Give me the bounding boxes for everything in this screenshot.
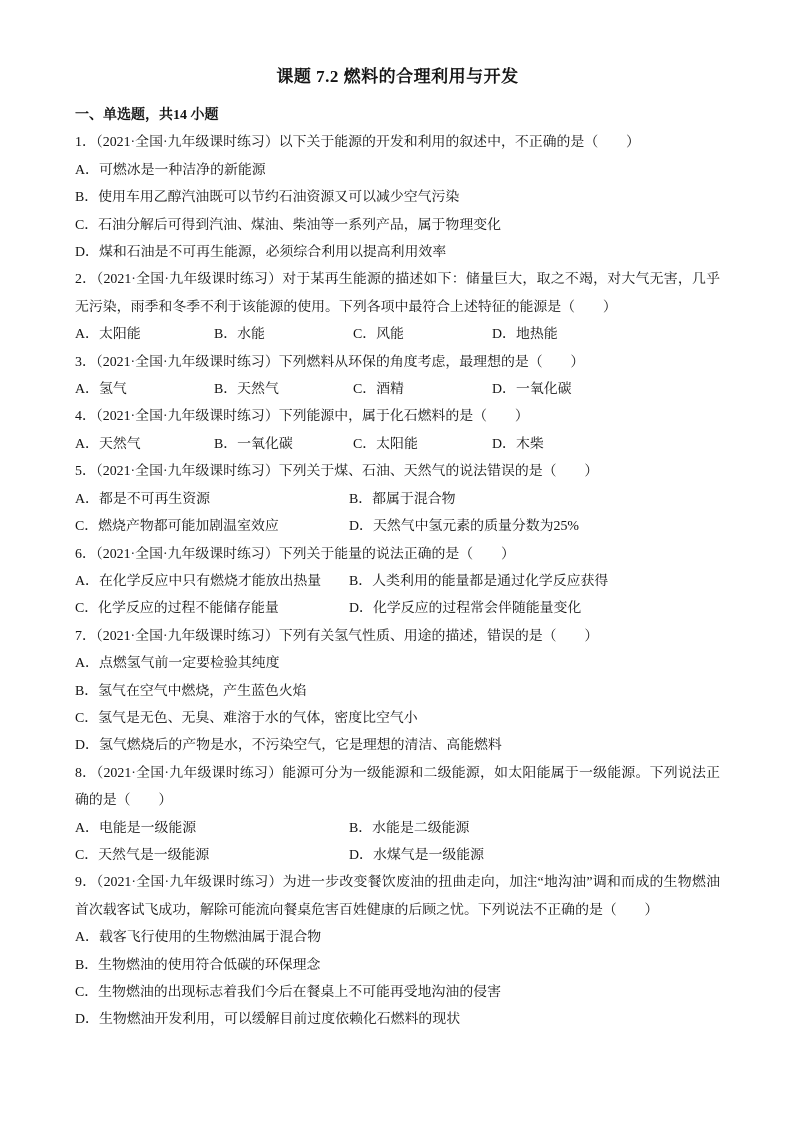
- question-stem: 2．（2021·全国·九年级课时练习）对于某再生能源的描述如下：储量巨大，取之不…: [75, 266, 720, 321]
- question: 6．（2021·全国·九年级课时练习）下列关于能量的说法正确的是（ ） A．在化…: [75, 541, 720, 623]
- option-label: D．: [349, 519, 373, 534]
- option-text: 天然气是一级能源: [98, 848, 209, 863]
- answer-option: C．燃烧产物都可能加剧温室效应: [75, 513, 349, 540]
- option-text: 人类利用的能量都是通过化学反应获得: [372, 574, 608, 589]
- question: 1．（2021·全国·九年级课时练习）以下关于能源的开发和利用的叙述中，不正确的…: [75, 129, 720, 266]
- option-label: D．: [75, 245, 99, 260]
- question: 9．（2021·全国·九年级课时练习）为进一步改变餐饮废油的扭曲走向，加注“地沟…: [75, 869, 720, 1033]
- option-text: 化学反应的过程常会伴随能量变化: [373, 601, 581, 616]
- question: 4．（2021·全国·九年级课时练习）下列能源中，属于化石燃料的是（ ） A．天…: [75, 403, 720, 458]
- option-text: 在化学反应中只有燃烧才能放出热量: [99, 574, 321, 589]
- option-text: 石油分解后可得到汽油、煤油、柴油等一系列产品，属于物理变化: [98, 218, 501, 233]
- option-label: B．: [349, 821, 372, 836]
- answer-option: A．点燃氢气前一定要检验其纯度: [75, 650, 720, 677]
- option-label: A．: [75, 492, 99, 507]
- question-options: A．载客飞行使用的生物燃油属于混合物 B．生物燃油的使用符合低碳的环保理念 C．…: [75, 924, 720, 1034]
- option-label: A．: [75, 437, 99, 452]
- option-label: A．: [75, 163, 99, 178]
- option-label: A．: [75, 327, 99, 342]
- option-label: C．: [353, 327, 376, 342]
- option-label: D．: [492, 437, 516, 452]
- answer-option: A．电能是一级能源: [75, 815, 349, 842]
- question-stem: 9．（2021·全国·九年级课时练习）为进一步改变餐饮废油的扭曲走向，加注“地沟…: [75, 869, 720, 924]
- answer-option: D．水煤气是一级能源: [349, 842, 720, 869]
- option-label: C．: [75, 601, 98, 616]
- option-text: 煤和石油是不可再生能源，必须综合利用以提高利用效率: [99, 245, 446, 260]
- option-label: C．: [353, 437, 376, 452]
- option-text: 生物燃油的出现标志着我们今后在餐桌上不可能再受地沟油的侵害: [98, 985, 501, 1000]
- question: 3．（2021·全国·九年级课时练习）下列燃料从环保的角度考虑，最理想的是（ ）…: [75, 349, 720, 404]
- option-text: 水煤气是一级能源: [373, 848, 484, 863]
- option-text: 可燃冰是一种洁净的新能源: [99, 163, 266, 178]
- option-text: 水能是二级能源: [372, 821, 469, 836]
- option-text: 木柴: [516, 437, 544, 452]
- answer-option: D．化学反应的过程常会伴随能量变化: [349, 595, 720, 622]
- question-stem: 4．（2021·全国·九年级课时练习）下列能源中，属于化石燃料的是（ ）: [75, 403, 720, 430]
- answer-option: B．水能是二级能源: [349, 815, 720, 842]
- option-label: D．: [492, 327, 516, 342]
- option-text: 都属于混合物: [372, 492, 455, 507]
- option-label: D．: [75, 738, 99, 753]
- question: 8．（2021·全国·九年级课时练习）能源可分为一级能源和二级能源，如太阳能属于…: [75, 760, 720, 870]
- option-label: B．: [214, 437, 237, 452]
- answer-option: B．天然气: [214, 376, 353, 403]
- question: 2．（2021·全国·九年级课时练习）对于某再生能源的描述如下：储量巨大，取之不…: [75, 266, 720, 348]
- answer-option: B．氢气在空气中燃烧，产生蓝色火焰: [75, 678, 720, 705]
- answer-option: C．石油分解后可得到汽油、煤油、柴油等一系列产品，属于物理变化: [75, 212, 720, 239]
- question-stem: 5．（2021·全国·九年级课时练习）下列关于煤、石油、天然气的说法错误的是（ …: [75, 458, 720, 485]
- answer-option: B．水能: [214, 321, 353, 348]
- answer-option: D．生物燃油开发利用，可以缓解目前过度依赖化石燃料的现状: [75, 1006, 720, 1033]
- answer-option: C．太阳能: [353, 431, 492, 458]
- option-label: A．: [75, 930, 99, 945]
- answer-option: A．太阳能: [75, 321, 214, 348]
- option-label: C．: [75, 519, 98, 534]
- question-stem: 6．（2021·全国·九年级课时练习）下列关于能量的说法正确的是（ ）: [75, 541, 720, 568]
- answer-option: B．人类利用的能量都是通过化学反应获得: [349, 568, 720, 595]
- document-title: 课题 7.2 燃料的合理利用与开发: [75, 62, 720, 92]
- question-stem: 1．（2021·全国·九年级课时练习）以下关于能源的开发和利用的叙述中，不正确的…: [75, 129, 720, 156]
- answer-option: C．化学反应的过程不能储存能量: [75, 595, 349, 622]
- option-text: 氢气燃烧后的产物是水，不污染空气，它是理想的清洁、高能燃料: [99, 738, 502, 753]
- option-label: B．: [349, 492, 372, 507]
- answer-option: C．生物燃油的出现标志着我们今后在餐桌上不可能再受地沟油的侵害: [75, 979, 720, 1006]
- answer-option: D．煤和石油是不可再生能源，必须综合利用以提高利用效率: [75, 239, 720, 266]
- option-text: 氢气在空气中燃烧，产生蓝色火焰: [98, 684, 306, 699]
- option-label: B．: [75, 684, 98, 699]
- option-text: 化学反应的过程不能储存能量: [98, 601, 279, 616]
- option-text: 燃烧产物都可能加剧温室效应: [98, 519, 279, 534]
- question-options: A．在化学反应中只有燃烧才能放出热量 B．人类利用的能量都是通过化学反应获得 C…: [75, 568, 720, 623]
- worksheet-page: 课题 7.2 燃料的合理利用与开发 一、单选题，共14 小题 1．（2021·全…: [0, 0, 793, 1122]
- option-label: C．: [75, 985, 98, 1000]
- option-label: D．: [349, 848, 373, 863]
- answer-option: C．氢气是无色、无臭、难溶于水的气体，密度比空气小: [75, 705, 720, 732]
- question: 7．（2021·全国·九年级课时练习）下列有关氢气性质、用途的描述，错误的是（ …: [75, 623, 720, 760]
- option-text: 都是不可再生资源: [99, 492, 210, 507]
- question-options: A．都是不可再生资源 B．都属于混合物 C．燃烧产物都可能加剧温室效应 D．天然…: [75, 486, 720, 541]
- question: 5．（2021·全国·九年级课时练习）下列关于煤、石油、天然气的说法错误的是（ …: [75, 458, 720, 540]
- option-label: D．: [492, 382, 516, 397]
- option-text: 点燃氢气前一定要检验其纯度: [99, 656, 280, 671]
- answer-option: B．一氧化碳: [214, 431, 353, 458]
- option-text: 天然气: [99, 437, 141, 452]
- question-options: A．可燃冰是一种洁净的新能源 B．使用车用乙醇汽油既可以节约石油资源又可以减少空…: [75, 157, 720, 267]
- option-label: C．: [75, 218, 98, 233]
- option-text: 载客飞行使用的生物燃油属于混合物: [99, 930, 321, 945]
- answer-option: A．都是不可再生资源: [75, 486, 349, 513]
- option-text: 氢气: [99, 382, 127, 397]
- option-text: 酒精: [376, 382, 404, 397]
- answer-option: B．都属于混合物: [349, 486, 720, 513]
- option-text: 使用车用乙醇汽油既可以节约石油资源又可以减少空气污染: [98, 190, 459, 205]
- question-stem: 7．（2021·全国·九年级课时练习）下列有关氢气性质、用途的描述，错误的是（ …: [75, 623, 720, 650]
- option-label: B．: [214, 382, 237, 397]
- option-text: 水能: [237, 327, 265, 342]
- answer-option: A．载客飞行使用的生物燃油属于混合物: [75, 924, 720, 951]
- option-label: B．: [214, 327, 237, 342]
- option-label: B．: [349, 574, 372, 589]
- option-label: A．: [75, 656, 99, 671]
- answer-option: D．一氧化碳: [492, 376, 720, 403]
- question-stem: 8．（2021·全国·九年级课时练习）能源可分为一级能源和二级能源，如太阳能属于…: [75, 760, 720, 815]
- answer-option: A．氢气: [75, 376, 214, 403]
- option-text: 生物燃油开发利用，可以缓解目前过度依赖化石燃料的现状: [99, 1012, 460, 1027]
- option-text: 氢气是无色、无臭、难溶于水的气体，密度比空气小: [98, 711, 418, 726]
- question-options: A．电能是一级能源 B．水能是二级能源 C．天然气是一级能源 D．水煤气是一级能…: [75, 815, 720, 870]
- answer-option: D．天然气中氢元素的质量分数为25%: [349, 513, 720, 540]
- question-options: A．点燃氢气前一定要检验其纯度 B．氢气在空气中燃烧，产生蓝色火焰 C．氢气是无…: [75, 650, 720, 760]
- option-label: A．: [75, 382, 99, 397]
- answer-option: D．木柴: [492, 431, 720, 458]
- question-options: A．太阳能 B．水能 C．风能 D．地热能: [75, 321, 720, 348]
- answer-option: B．使用车用乙醇汽油既可以节约石油资源又可以减少空气污染: [75, 184, 720, 211]
- answer-option: D．氢气燃烧后的产物是水，不污染空气，它是理想的清洁、高能燃料: [75, 732, 720, 759]
- option-text: 风能: [376, 327, 404, 342]
- option-label: D．: [349, 601, 373, 616]
- option-label: C．: [75, 848, 98, 863]
- question-options: A．天然气 B．一氧化碳 C．太阳能 D．木柴: [75, 431, 720, 458]
- answer-option: A．在化学反应中只有燃烧才能放出热量: [75, 568, 349, 595]
- option-label: B．: [75, 190, 98, 205]
- option-label: A．: [75, 574, 99, 589]
- option-label: C．: [75, 711, 98, 726]
- option-label: B．: [75, 958, 98, 973]
- option-label: A．: [75, 821, 99, 836]
- question-options: A．氢气 B．天然气 C．酒精 D．一氧化碳: [75, 376, 720, 403]
- answer-option: C．酒精: [353, 376, 492, 403]
- option-text: 电能是一级能源: [99, 821, 196, 836]
- option-text: 太阳能: [99, 327, 141, 342]
- option-text: 一氧化碳: [237, 437, 293, 452]
- answer-option: A．可燃冰是一种洁净的新能源: [75, 157, 720, 184]
- answer-option: C．天然气是一级能源: [75, 842, 349, 869]
- option-text: 地热能: [516, 327, 558, 342]
- answer-option: D．地热能: [492, 321, 720, 348]
- option-label: C．: [353, 382, 376, 397]
- option-text: 天然气: [237, 382, 279, 397]
- section-heading: 一、单选题，共14 小题: [75, 102, 720, 129]
- answer-option: A．天然气: [75, 431, 214, 458]
- option-text: 太阳能: [376, 437, 418, 452]
- option-text: 生物燃油的使用符合低碳的环保理念: [98, 958, 320, 973]
- option-text: 天然气中氢元素的质量分数为25%: [373, 519, 579, 534]
- option-label: D．: [75, 1012, 99, 1027]
- answer-option: B．生物燃油的使用符合低碳的环保理念: [75, 952, 720, 979]
- option-text: 一氧化碳: [516, 382, 572, 397]
- questions: 1．（2021·全国·九年级课时练习）以下关于能源的开发和利用的叙述中，不正确的…: [75, 129, 720, 1033]
- answer-option: C．风能: [353, 321, 492, 348]
- question-stem: 3．（2021·全国·九年级课时练习）下列燃料从环保的角度考虑，最理想的是（ ）: [75, 349, 720, 376]
